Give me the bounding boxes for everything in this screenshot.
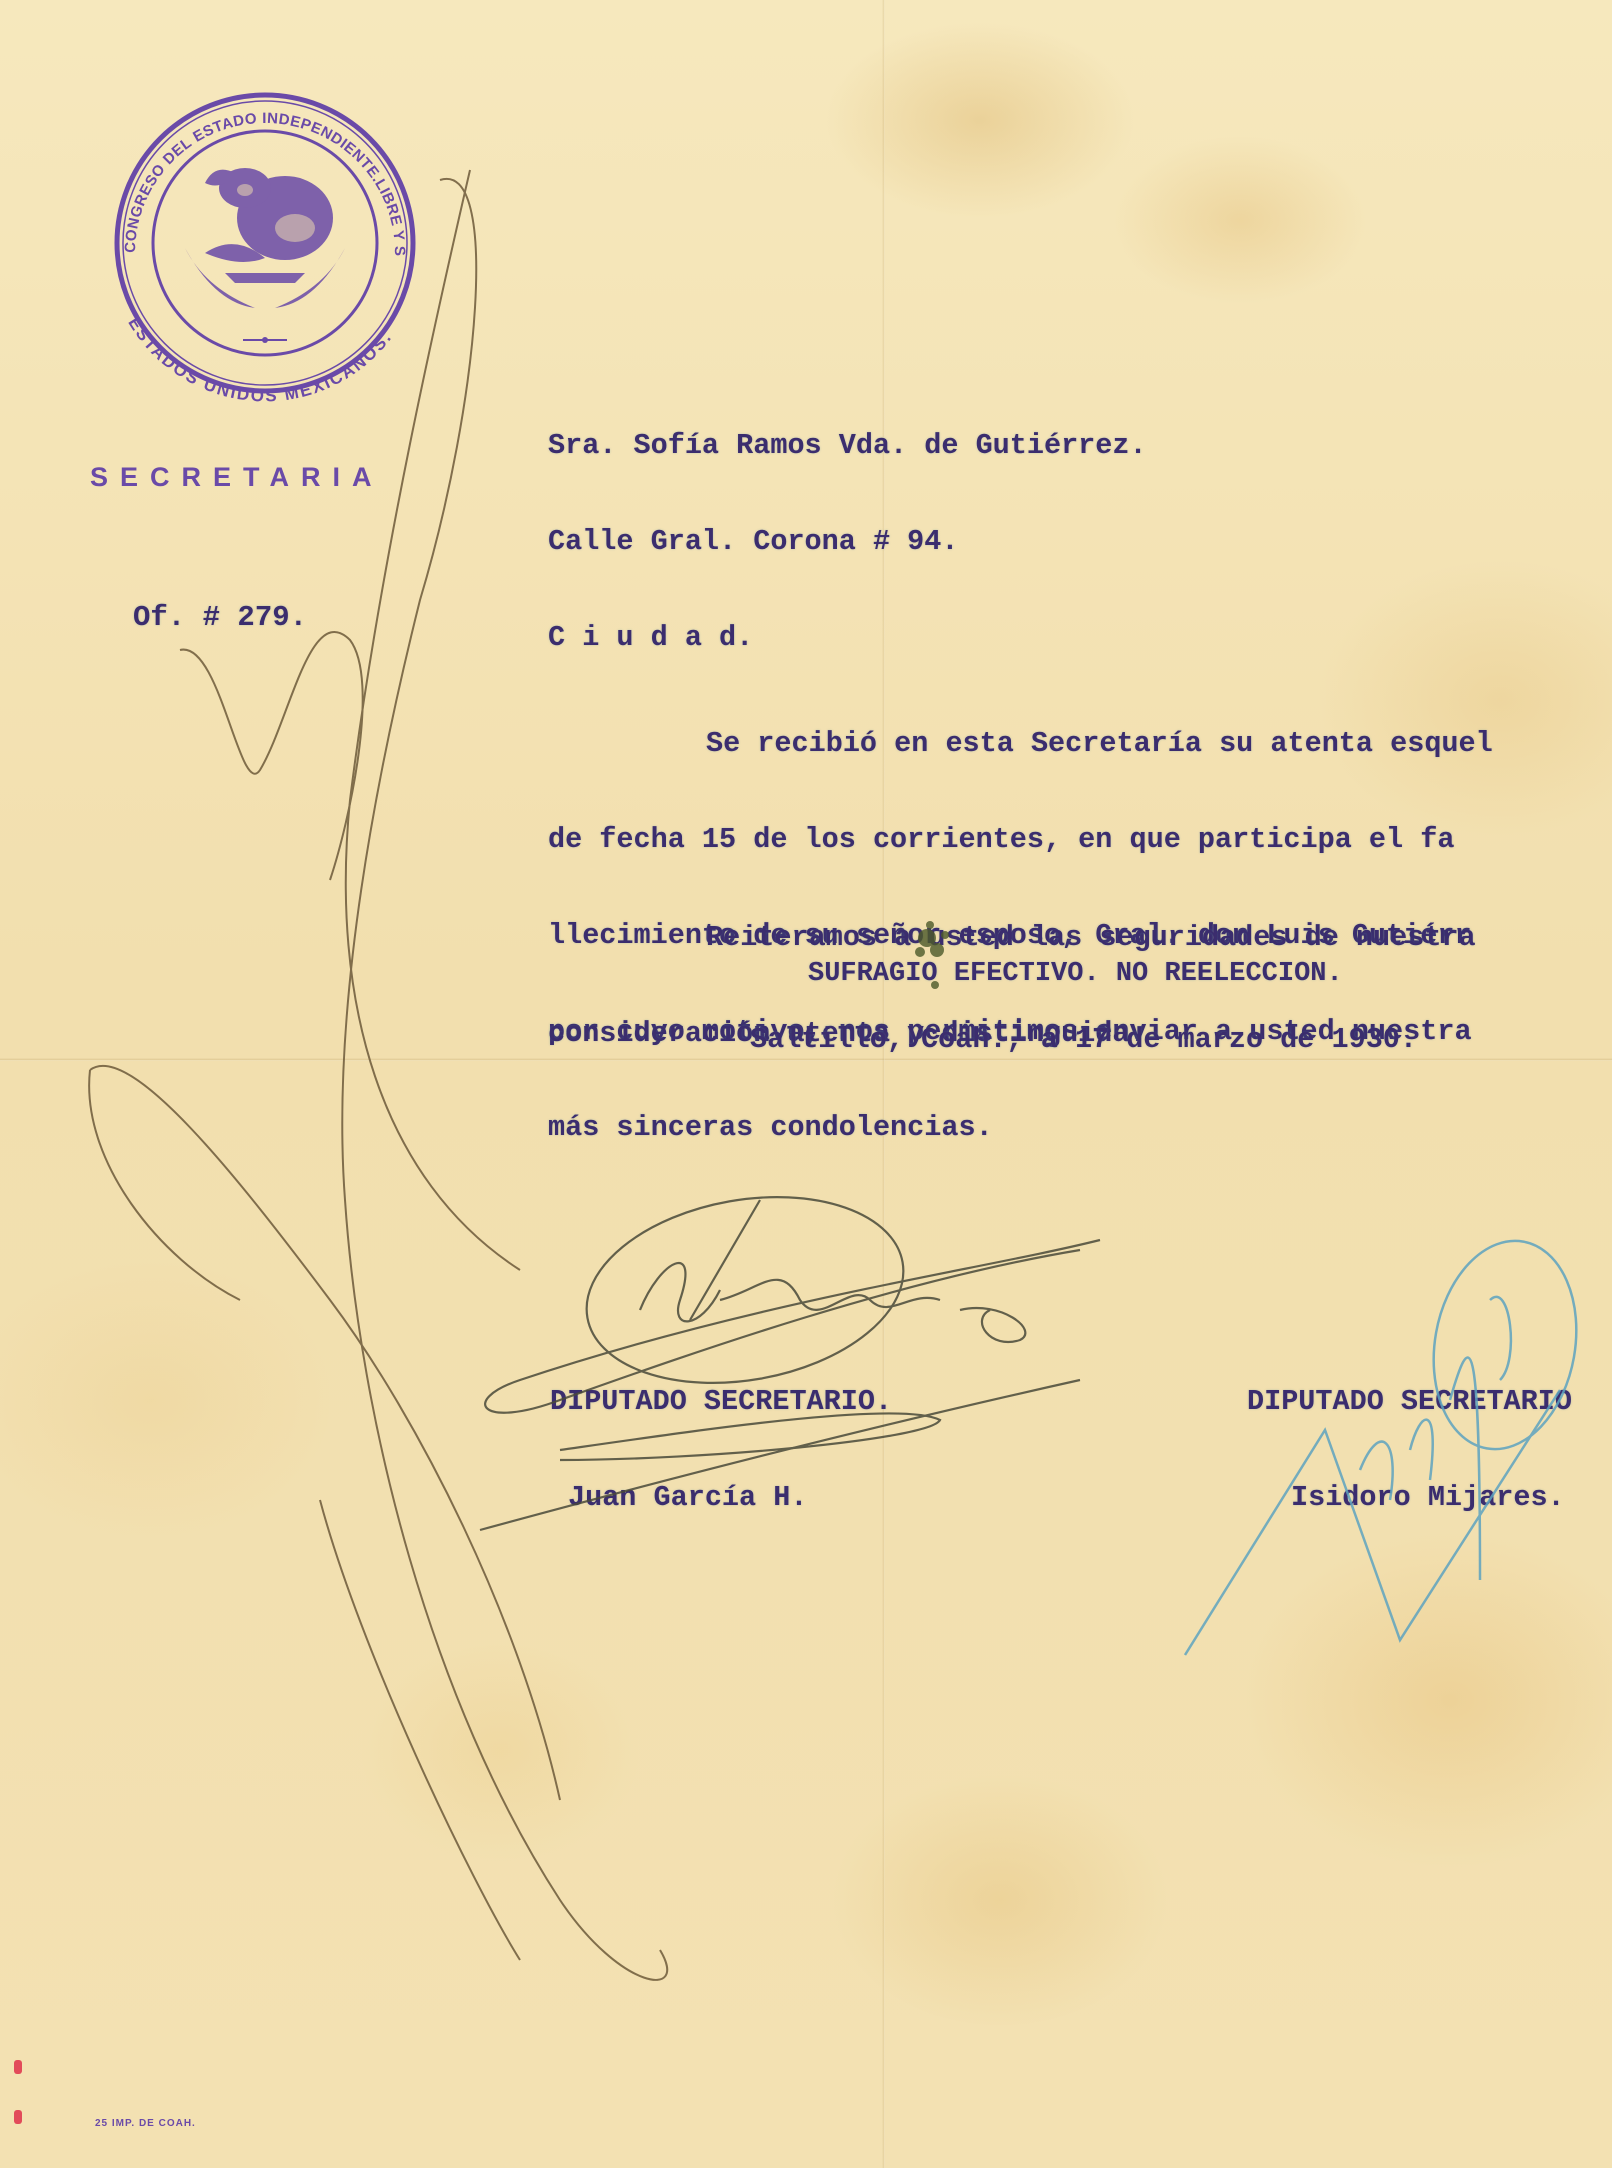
department-label: SECRETARIA [90,462,384,493]
eagle-coat-of-arms-icon: CONGRESO DEL ESTADO INDEPENDIENTE.LIBRE … [95,78,435,418]
recipient-city: C i u d a d. [548,622,1147,654]
body-line: Se recibió en esta Secretaría su atenta … [548,728,1493,760]
recipient-name: Sra. Sofía Ramos Vda. de Gutiérrez. [548,430,1147,462]
signatory-name: Juan García H. [550,1482,892,1514]
signatory-title: DIPUTADO SECRETARIO. [550,1386,892,1418]
body-line: de fecha 15 de los corrientes, en que pa… [548,824,1493,856]
printer-imprint: 25 IMP. DE COAH. [95,2118,196,2129]
svg-text:ESTADOS UNIDOS MEXICANOS.: ESTADOS UNIDOS MEXICANOS. [124,314,396,406]
congress-seal: CONGRESO DEL ESTADO INDEPENDIENTE.LIBRE … [95,78,435,418]
recipient-street: Calle Gral. Corona # 94. [548,526,1147,558]
recipient-address: Sra. Sofía Ramos Vda. de Gutiérrez. Call… [548,366,1147,686]
place-date: Saltillo, Coah., a 17 de marzo de 1930. [750,1024,1417,1056]
red-edge-mark [14,2060,22,2074]
motto: SUFRAGIO EFECTIVO. NO REELECCION. [808,958,1343,990]
signatory-right: DIPUTADO SECRETARIO Isidoro Mijares. [1247,1322,1572,1546]
signatory-name: Isidoro Mijares. [1247,1482,1572,1514]
signatory-title: DIPUTADO SECRETARIO [1247,1386,1572,1418]
signatory-left: DIPUTADO SECRETARIO. Juan García H. [550,1322,892,1546]
office-number: Of. # 279. [133,602,307,634]
body-line: Reiteramos a usted las seguridades de nu… [548,922,1476,954]
body-line: más sinceras condolencias. [548,1112,1493,1144]
red-edge-mark [14,2110,22,2124]
